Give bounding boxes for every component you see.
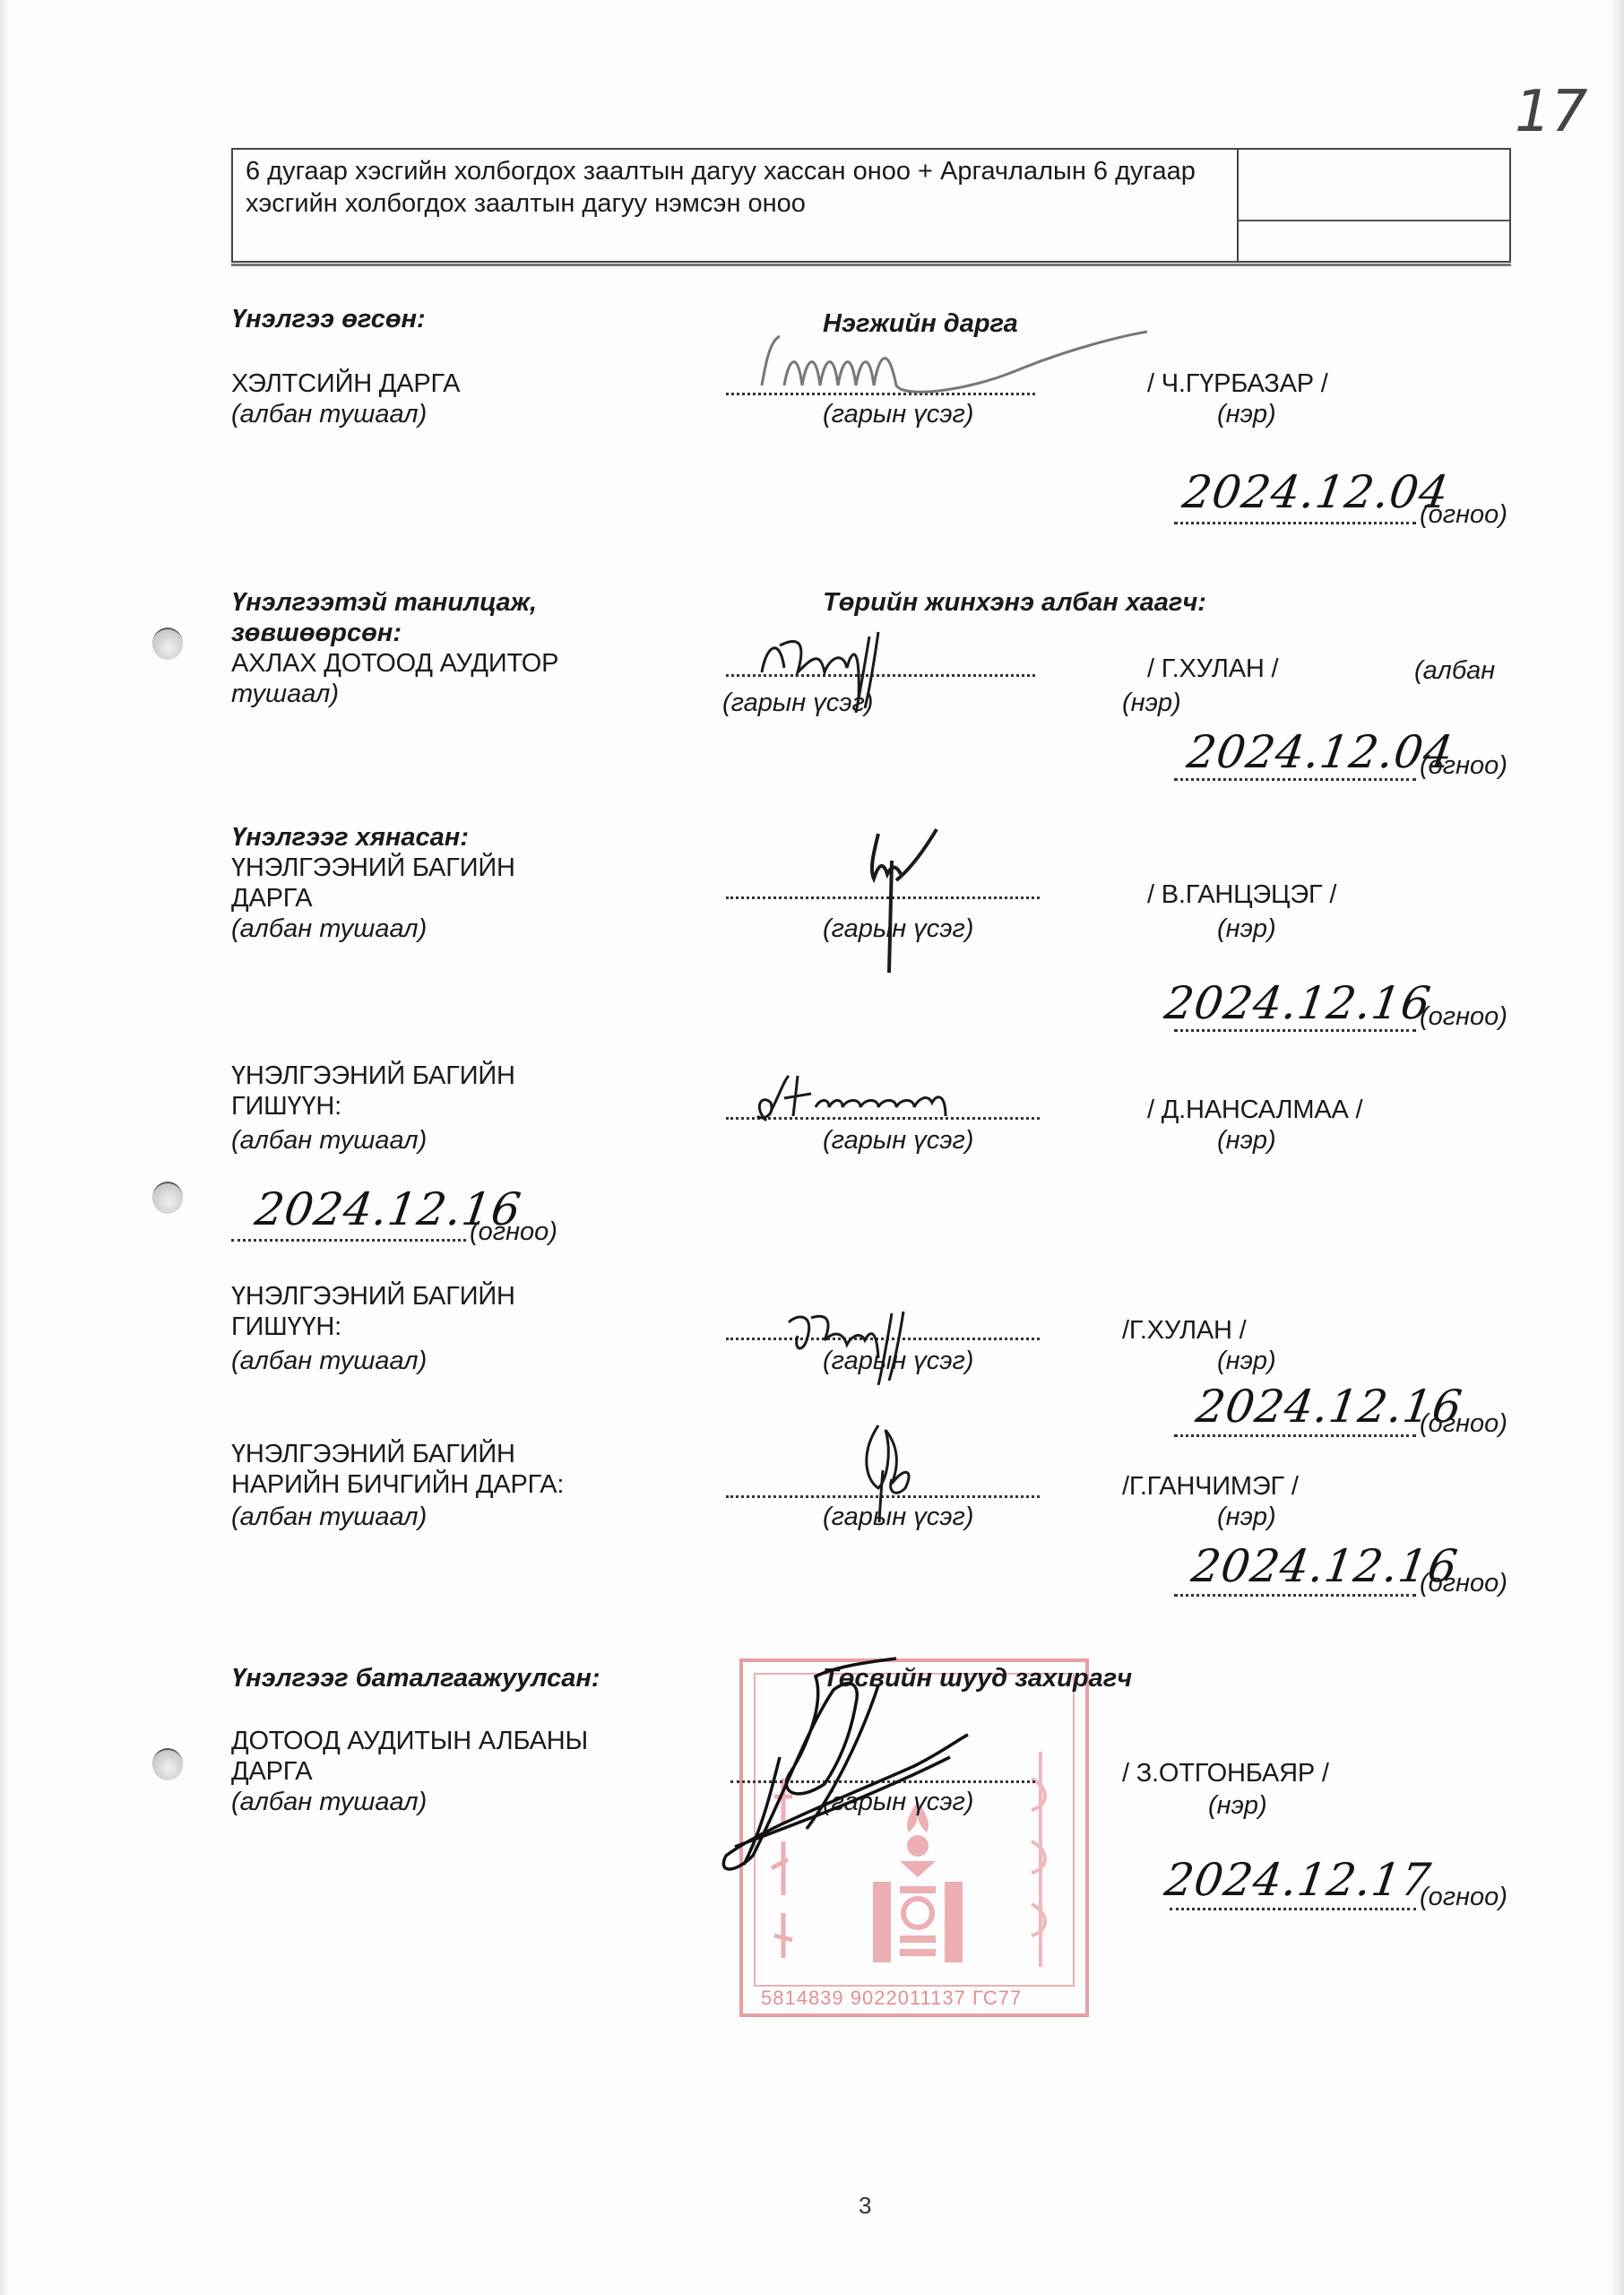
position-label: (албан тушаал) [231,914,427,944]
signature-icon [744,1067,995,1130]
name-label: (нэр) [1122,688,1181,718]
name-label: (нэр) [1217,914,1276,944]
signature-label: (гарын үсэг) [823,914,973,944]
name-label: (нэр) [1217,400,1276,429]
date-line [1174,1029,1416,1032]
signature-label: (гарын үсэг) [823,1503,973,1532]
signature-label: (гарын үсэг) [823,400,973,429]
punch-hole-icon [152,628,183,660]
score-table: 6 дугаар хэсгийн холбогдох заалтын дагуу… [231,148,1511,263]
section-heading: Үнэлгээг хянасан: [231,823,469,853]
table-bottom-rule [231,264,1511,266]
position-title: АХЛАХ ДОТООД АУДИТОР [231,649,558,679]
date-label: (огноо) [1420,751,1507,781]
handwritten-page-number: 17 [1515,79,1587,145]
table-cell-description: 6 дугаар хэсгийн холбогдох заалтын дагуу… [233,150,1239,261]
stamp-registration-number: 5814839 9022011137 ГС77 [761,1987,1022,2010]
position-label: (албан тушаал) [231,1788,427,1817]
date-line [231,1239,466,1242]
position-title: ХЭЛТСИЙН ДАРГА [231,369,460,399]
document-page: 17 6 дугаар хэсгийн холбогдох заалтын да… [0,0,1624,2295]
person-name: /Г.ХУЛАН / [1122,1316,1247,1346]
punch-hole-icon [152,1182,183,1214]
person-name: / Г.ХУЛАН / [1147,654,1278,684]
person-name: / Ч.ГҮРБАЗАР / [1147,369,1328,399]
date-line [1174,1594,1416,1597]
position-label: (албан тушаал) [231,1503,427,1532]
date-line [1174,1434,1416,1437]
person-name: / З.ОТГОНБАЯР / [1122,1759,1329,1788]
position-title: ДАРГА [231,1757,312,1787]
person-name: / В.ГАНЦЭЦЭГ / [1147,880,1336,910]
date-line [1170,1908,1416,1910]
signature-label: (гарын үсэг) [823,1347,973,1376]
position-title: ДАРГА [231,884,312,914]
position-label: (албан тушаал) [231,1126,427,1156]
date-label: (огноо) [1420,1002,1507,1032]
section-heading: Үнэлгээг баталгаажуулсан: [231,1664,600,1693]
position-title: ГИШҮҮН: [231,1092,341,1122]
section-heading: Үнэлгээ өгсөн: [231,305,426,334]
signature-label: (гарын үсэг) [722,688,873,718]
page-number: 3 [859,2192,871,2220]
position-title: ҮНЭЛГЭЭНИЙ БАГИЙН [231,853,515,883]
date-label: (огноо) [470,1217,557,1247]
section-heading: зөвшөөрсөн: [231,619,402,648]
stamp-script-right [1014,1743,1067,1976]
name-label: (нэр) [1217,1503,1276,1532]
handwritten-date: 2024.12.04 [1184,726,1456,778]
table-divider [1239,220,1509,221]
position-title: ҮНЭЛГЭЭНИЙ БАГИЙН [231,1440,515,1469]
date-label: (огноо) [1420,1409,1507,1439]
signature-label: (гарын үсэг) [823,1126,973,1156]
punch-hole-icon [152,1748,183,1780]
date-label: (огноо) [1420,1883,1507,1912]
handwritten-date: 2024.12.16 [1162,977,1434,1029]
position-title: ГИШҮҮН: [231,1312,341,1342]
person-name: /Г.ГАНЧИМЭГ / [1122,1472,1299,1502]
position-label: тушаал) [231,680,339,709]
signature-icon [744,323,1165,403]
position-label: (албан [1414,656,1495,686]
position-title: НАРИЙН БИЧГИЙН ДАРГА: [231,1470,564,1500]
name-label: (нэр) [1217,1126,1276,1156]
role-heading: Төрийн жинхэнэ албан хаагч: [823,588,1206,618]
position-title: ҮНЭЛГЭЭНИЙ БАГИЙН [231,1282,515,1312]
date-line [1174,778,1416,781]
scan-edge-left [0,0,9,2295]
position-label: (албан тушаал) [231,1347,427,1376]
scan-edge-right [1611,0,1624,2295]
signature-icon [851,825,986,977]
handwritten-date: 2024.12.04 [1179,466,1452,518]
signature-icon [699,1650,1022,1883]
position-title: ДОТООД АУДИТЫН АЛБАНЫ [231,1727,588,1756]
person-name: / Д.НАНСАЛМАА / [1147,1096,1362,1125]
date-label: (огноо) [1420,500,1507,530]
position-label: (албан тушаал) [231,400,427,429]
position-title: ҮНЭЛГЭЭНИЙ БАГИЙН [231,1061,515,1091]
name-label: (нэр) [1208,1791,1267,1821]
handwritten-date: 2024.12.17 [1162,1854,1434,1906]
date-line [1174,522,1416,524]
section-heading: Үнэлгээтэй танилцаж, [231,588,537,618]
name-label: (нэр) [1217,1347,1276,1376]
date-label: (огноо) [1420,1569,1507,1598]
